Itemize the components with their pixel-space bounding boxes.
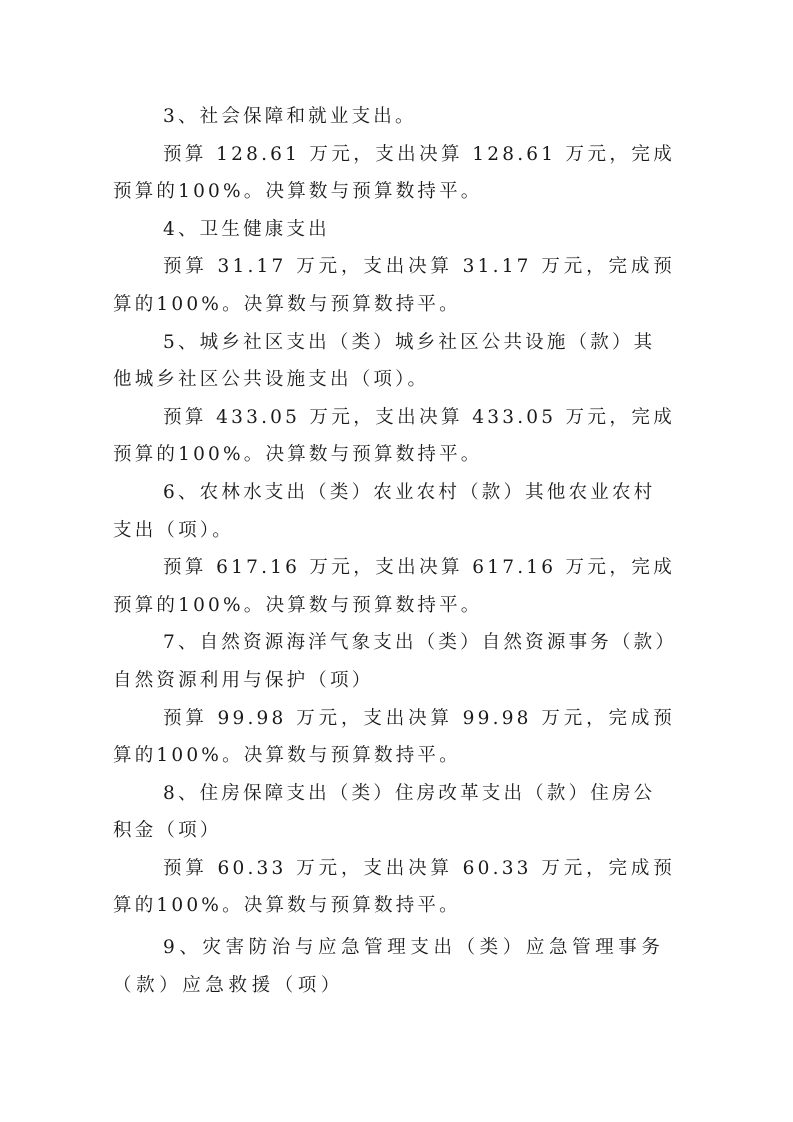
section-heading-natural-resources: 7、自然资源海洋气象支出（类）自然资源事务（款）自然资源利用与保护（项） (113, 624, 675, 699)
section-heading-agriculture: 6、农林水支出（类）农业农村（款）其他农业农村支出（项）。 (113, 474, 675, 549)
section-heading-health: 4、卫生健康支出 (113, 211, 675, 249)
section-body-health: 预算 31.17 万元，支出决算 31.17 万元，完成预算的100%。决算数与… (113, 248, 675, 323)
section-heading-disaster-prevention: 9、灾害防治与应急管理支出（类）应急管理事务（款）应急救援（项） (113, 929, 675, 1004)
section-body-agriculture: 预算 617.16 万元，支出决算 617.16 万元，完成预算的100%。决算… (113, 549, 675, 624)
section-heading-housing: 8、住房保障支出（类）住房改革支出（款）住房公积金（项） (113, 775, 675, 850)
section-body-natural-resources: 预算 99.98 万元，支出决算 99.98 万元，完成预算的100%。决算数与… (113, 700, 675, 775)
section-heading-urban-rural-community: 5、城乡社区支出（类）城乡社区公共设施（款）其他城乡社区公共设施支出（项）。 (113, 324, 675, 399)
section-body-housing: 预算 60.33 万元，支出决算 60.33 万元，完成预算的100%。决算数与… (113, 850, 675, 925)
section-heading-social-security: 3、社会保障和就业支出。 (113, 98, 675, 136)
section-body-social-security: 预算 128.61 万元，支出决算 128.61 万元，完成预算的100%。决算… (113, 136, 675, 211)
document-page: 3、社会保障和就业支出。 预算 128.61 万元，支出决算 128.61 万元… (113, 98, 675, 1004)
section-body-urban-rural-community: 预算 433.05 万元，支出决算 433.05 万元，完成预算的100%。决算… (113, 399, 675, 474)
